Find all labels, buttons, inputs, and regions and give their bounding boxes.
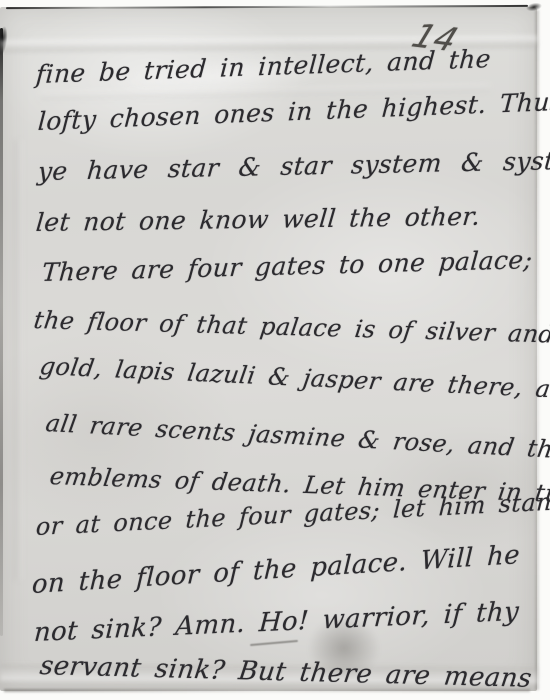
paper-edge-left	[0, 28, 3, 636]
paper-corner-mark-top-right	[525, 1, 542, 12]
scanned-manuscript-page: 14 fine be tried in intellect, and the l…	[0, 0, 550, 700]
